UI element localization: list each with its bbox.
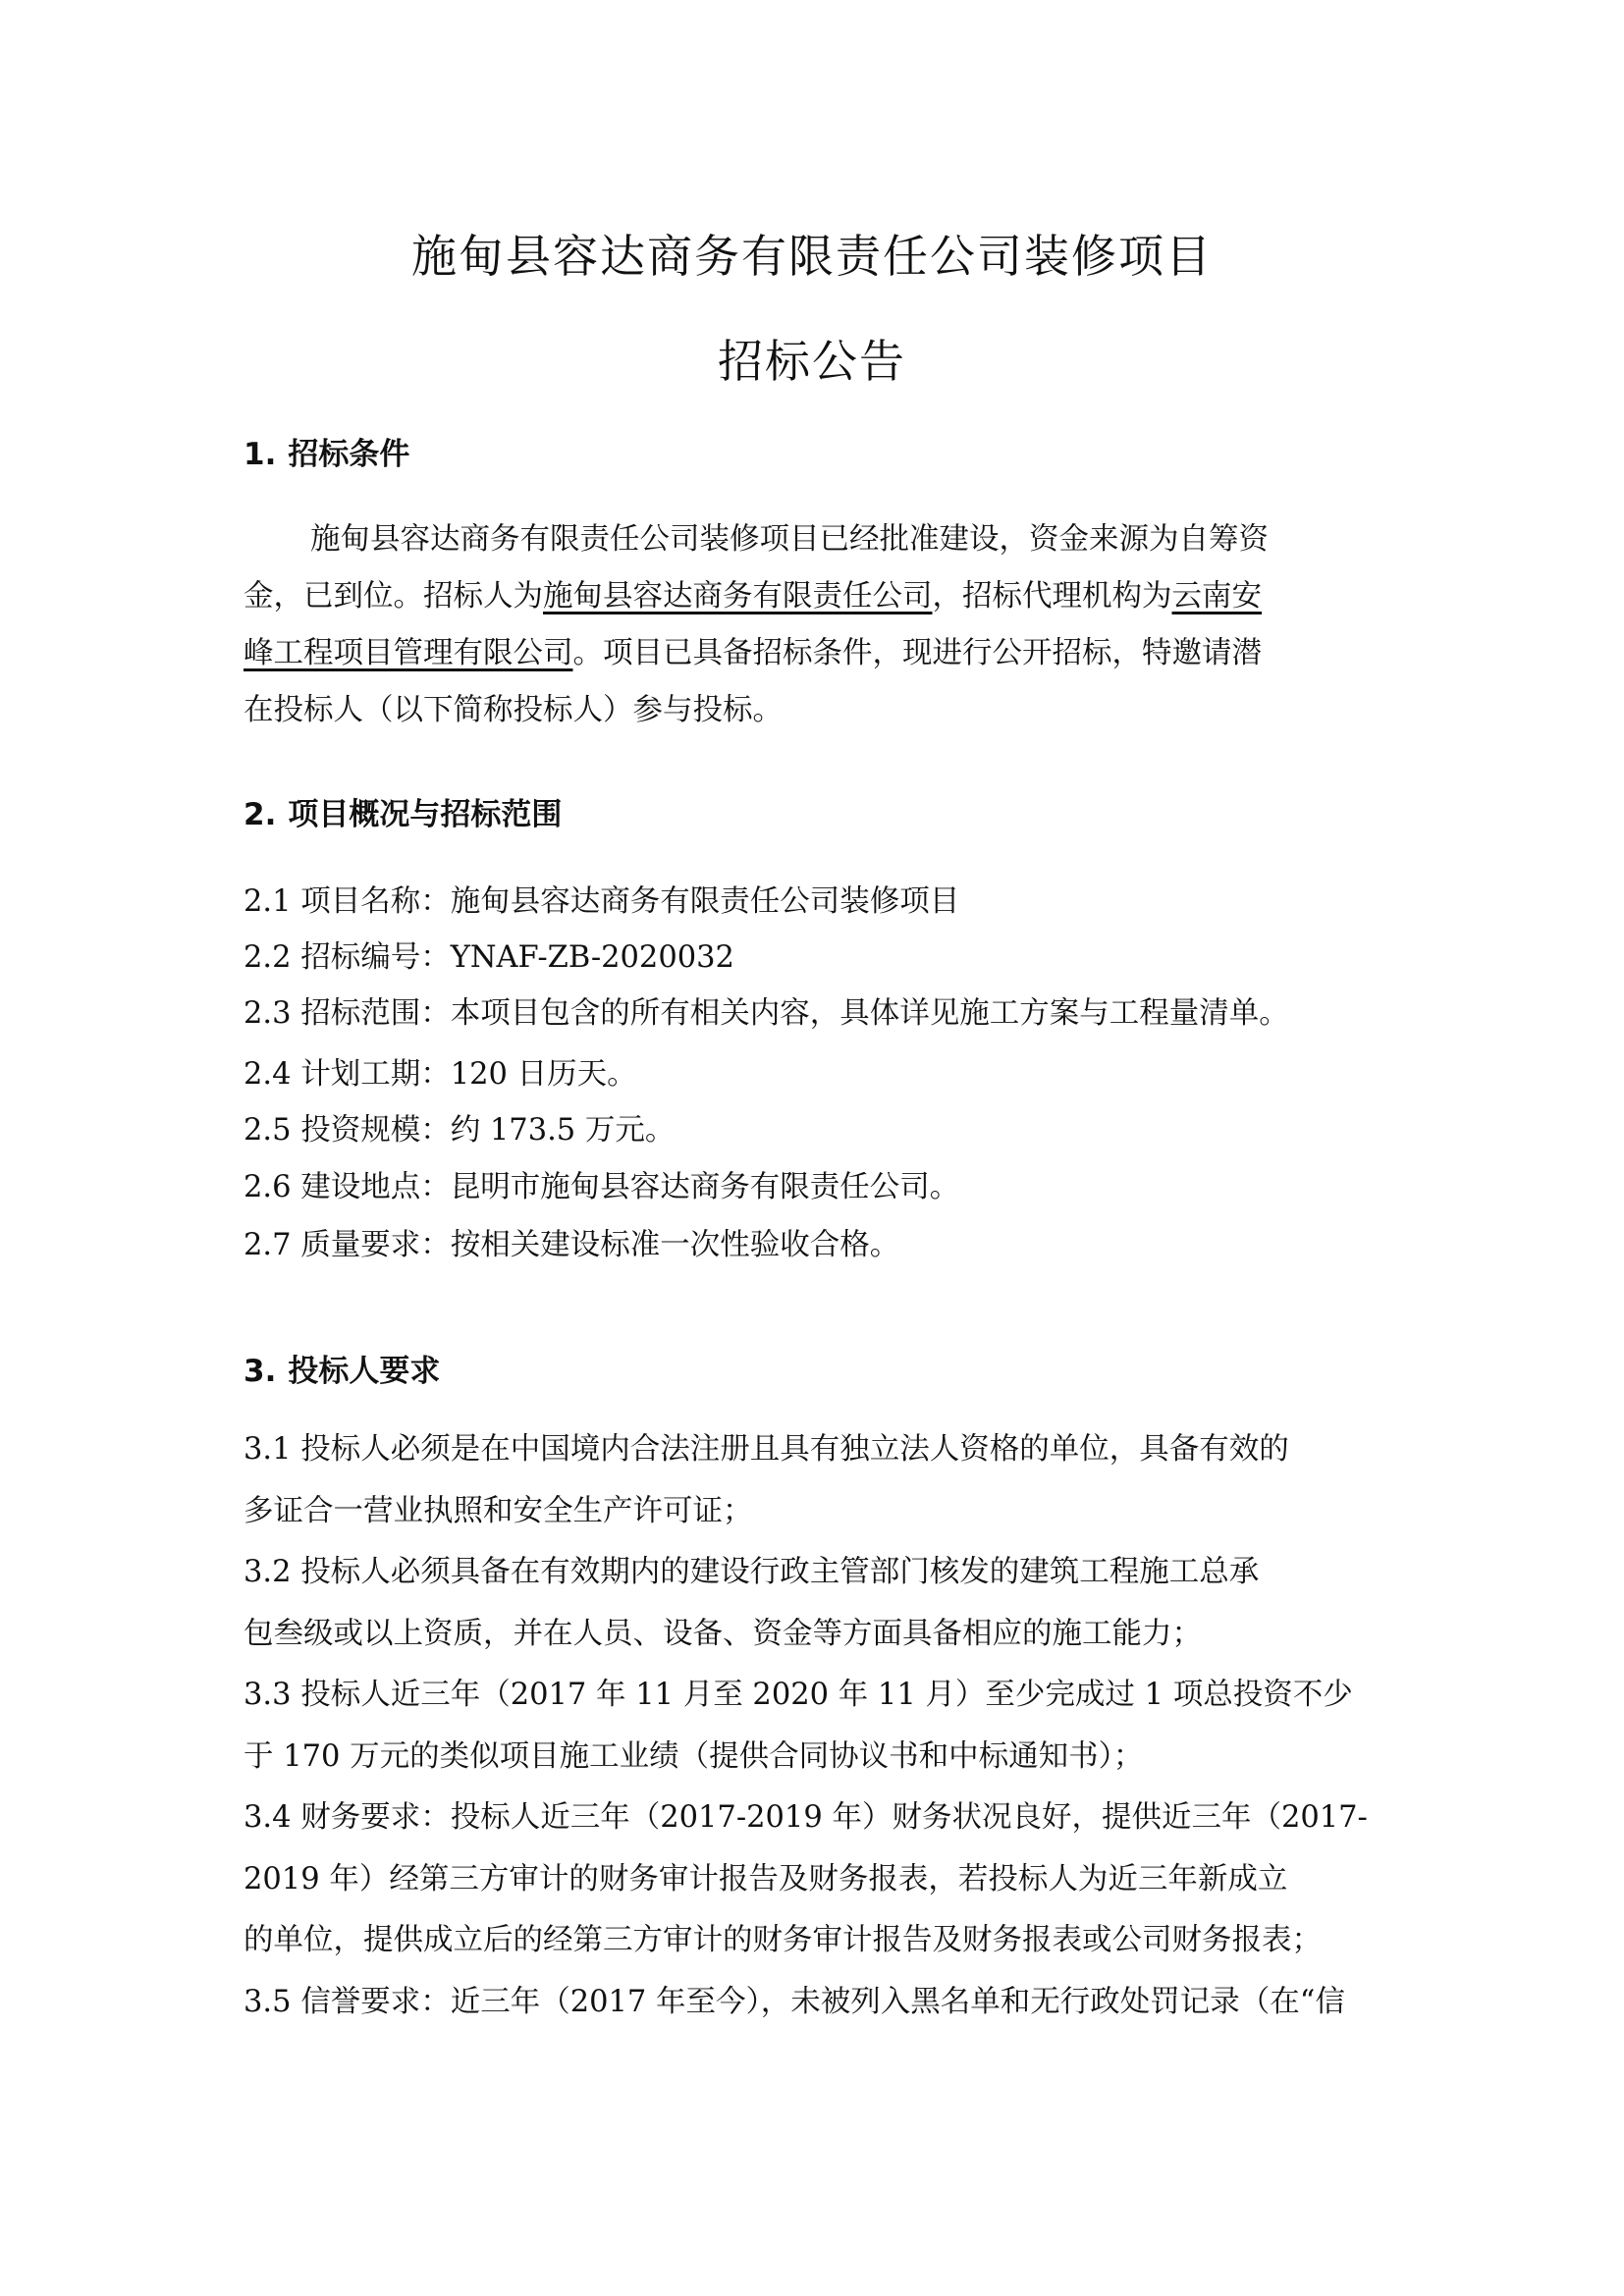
item-value: YNAF-ZB-2020032 — [451, 940, 734, 975]
item-value: 按相关建设标准一次性验收合格。 — [451, 1228, 900, 1262]
item-label: 2.7 质量要求： — [244, 1228, 451, 1262]
requirement-line: 多证合一营业执照和安全生产许可证； — [244, 1481, 1392, 1543]
requirement-line: 3.5 信誉要求：近三年（2017 年至今），未被列入黑名单和无行政处罚记录（在… — [244, 1972, 1392, 2034]
item-tender-scope: 2.3 招标范围：本项目包含的所有相关内容，具体详见施工方案与工程量清单。 — [244, 999, 1289, 1030]
tenderer-name: 施甸县容达商务有限责任公司 — [543, 579, 933, 614]
text-run: 在投标人（以下简称投标人）参与投标。 — [244, 693, 783, 727]
item-value: 约 173.5 万元。 — [451, 1113, 676, 1148]
paragraph-line: 施甸县容达商务有限责任公司装修项目已经批准建设，资金来源为自筹资 — [244, 511, 1392, 568]
section-3-heading: 3.投标人要求 — [244, 1357, 440, 1387]
item-tender-number: 2.2 招标编号：YNAF-ZB-2020032 — [244, 943, 734, 974]
section-title: 投标人要求 — [288, 1354, 440, 1389]
section-title: 招标条件 — [288, 437, 409, 472]
text-run: ，招标代理机构为 — [933, 579, 1172, 614]
paragraph-line: 峰工程项目管理有限公司。项目已具备招标条件，现进行公开招标，特邀请潜 — [244, 625, 1392, 682]
item-quality-requirement: 2.7 质量要求：按相关建设标准一次性验收合格。 — [244, 1231, 899, 1261]
paragraph-line: 在投标人（以下简称投标人）参与投标。 — [244, 682, 1392, 739]
item-label: 2.2 招标编号： — [244, 940, 451, 975]
requirement-line: 3.2 投标人必须具备在有效期内的建设行政主管部门核发的建筑工程施工总承 — [244, 1542, 1392, 1604]
document-page: 施甸县容达商务有限责任公司装修项目 招标公告 1.招标条件 施甸县容达商务有限责… — [0, 0, 1624, 2296]
requirement-line: 3.1 投标人必须是在中国境内合法注册且具有独立法人资格的单位，具备有效的 — [244, 1419, 1392, 1481]
text-run: 金，已到位。招标人为 — [244, 579, 543, 614]
item-planned-duration: 2.4 计划工期：120 日历天。 — [244, 1060, 637, 1091]
item-value: 本项目包含的所有相关内容，具体详见施工方案与工程量清单。 — [451, 996, 1289, 1031]
section-1-heading: 1.招标条件 — [244, 440, 409, 470]
section-1-paragraph: 施甸县容达商务有限责任公司装修项目已经批准建设，资金来源为自筹资 金，已到位。招… — [244, 511, 1392, 739]
section-3-body: 3.1 投标人必须是在中国境内合法注册且具有独立法人资格的单位，具备有效的 多证… — [244, 1419, 1392, 2033]
requirement-line: 于 170 万元的类似项目施工业绩（提供合同协议书和中标通知书）； — [244, 1727, 1392, 1789]
item-construction-site: 2.6 建设地点：昆明市施甸县容达商务有限责任公司。 — [244, 1173, 959, 1203]
requirement-line: 的单位，提供成立后的经第三方审计的财务审计报告及财务报表或公司财务报表； — [244, 1910, 1392, 1972]
item-value: 120 日历天。 — [451, 1057, 637, 1092]
requirement-line: 2019 年）经第三方审计的财务审计报告及财务报表，若投标人为近三年新成立 — [244, 1849, 1392, 1911]
item-label: 2.4 计划工期： — [244, 1057, 451, 1092]
requirement-line: 3.4 财务要求：投标人近三年（2017-2019 年）财务状况良好，提供近三年… — [244, 1788, 1392, 1849]
paragraph-line: 金，已到位。招标人为施甸县容达商务有限责任公司，招标代理机构为云南安 — [244, 568, 1392, 625]
requirement-line: 包叁级或以上资质，并在人员、设备、资金等方面具备相应的施工能力； — [244, 1604, 1392, 1666]
text-run: 。项目已具备招标条件，现进行公开招标，特邀请潜 — [573, 636, 1263, 670]
agency-name-part2: 峰工程项目管理有限公司 — [244, 636, 573, 670]
section-number: 3. — [244, 1354, 276, 1389]
item-investment-scale: 2.5 投资规模：约 173.5 万元。 — [244, 1116, 675, 1147]
agency-name-part1: 云南安 — [1172, 579, 1263, 614]
section-title: 项目概况与招标范围 — [288, 797, 562, 832]
section-number: 1. — [244, 437, 276, 472]
section-2-heading: 2.项目概况与招标范围 — [244, 800, 562, 830]
section-number: 2. — [244, 797, 276, 832]
requirement-line: 3.3 投标人近三年（2017 年 11 月至 2020 年 11 月）至少完成… — [244, 1665, 1392, 1727]
document-subtitle: 招标公告 — [0, 339, 1624, 384]
item-value: 昆明市施甸县容达商务有限责任公司。 — [451, 1170, 960, 1204]
item-project-name: 2.1 项目名称：施甸县容达商务有限责任公司装修项目 — [244, 887, 959, 918]
item-value: 施甸县容达商务有限责任公司装修项目 — [451, 884, 960, 919]
item-label: 2.5 投资规模： — [244, 1113, 451, 1148]
document-title: 施甸县容达商务有限责任公司装修项目 — [0, 234, 1624, 279]
text-run: 施甸县容达商务有限责任公司装修项目已经批准建设，资金来源为自筹资 — [310, 522, 1269, 557]
item-label: 2.6 建设地点： — [244, 1170, 451, 1204]
item-label: 2.1 项目名称： — [244, 884, 451, 919]
item-label: 2.3 招标范围： — [244, 996, 451, 1031]
